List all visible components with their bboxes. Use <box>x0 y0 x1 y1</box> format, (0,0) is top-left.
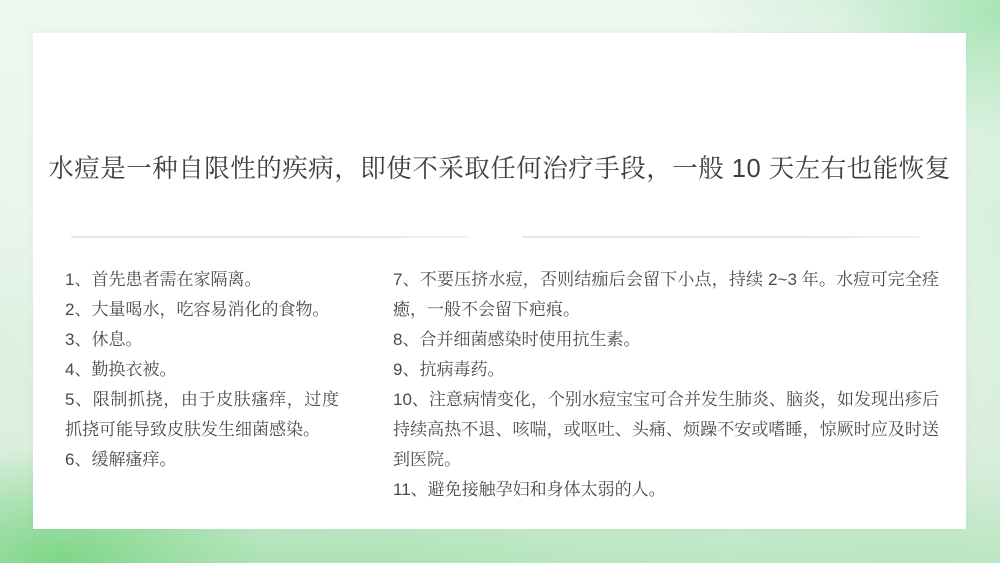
list-item: 1、首先患者需在家隔离。 <box>65 265 339 295</box>
divider-right-line <box>522 236 920 238</box>
slide-card: 水痘是一种自限性的疾病，即使不采取任何治疗手段，一般 10 天左右也能恢复 1、… <box>33 33 966 529</box>
list-item: 8、合并细菌感染时使用抗生素。 <box>393 325 939 355</box>
divider-left-line <box>71 236 470 238</box>
list-item: 5、限制抓挠，由于皮肤瘙痒，过度抓挠可能导致皮肤发生细菌感染。 <box>65 385 339 445</box>
list-item: 10、注意病情变化，个别水痘宝宝可合并发生肺炎、脑炎，如发现出疹后持续高热不退、… <box>393 385 939 475</box>
list-item: 11、避免接触孕妇和身体太弱的人。 <box>393 475 939 505</box>
care-list-left-column: 1、首先患者需在家隔离。 2、大量喝水，吃容易消化的食物。 3、休息。 4、勤换… <box>65 265 339 475</box>
list-item: 2、大量喝水，吃容易消化的食物。 <box>65 295 339 325</box>
care-list-right-column: 7、不要压挤水痘，否则结痂后会留下小点，持续 2~3 年。水痘可完全痊癒，一般不… <box>393 265 939 505</box>
slide-title: 水痘是一种自限性的疾病，即使不采取任何治疗手段，一般 10 天左右也能恢复 <box>33 152 966 186</box>
list-item: 3、休息。 <box>65 325 339 355</box>
slide-background: { "slide": { "title": "水痘是一种自限性的疾病，即使不采取… <box>0 0 1000 563</box>
list-item: 4、勤换衣被。 <box>65 355 339 385</box>
list-item: 7、不要压挤水痘，否则结痂后会留下小点，持续 2~3 年。水痘可完全痊癒，一般不… <box>393 265 939 325</box>
list-item: 9、抗病毒药。 <box>393 355 939 385</box>
list-item: 6、缓解瘙痒。 <box>65 445 339 475</box>
